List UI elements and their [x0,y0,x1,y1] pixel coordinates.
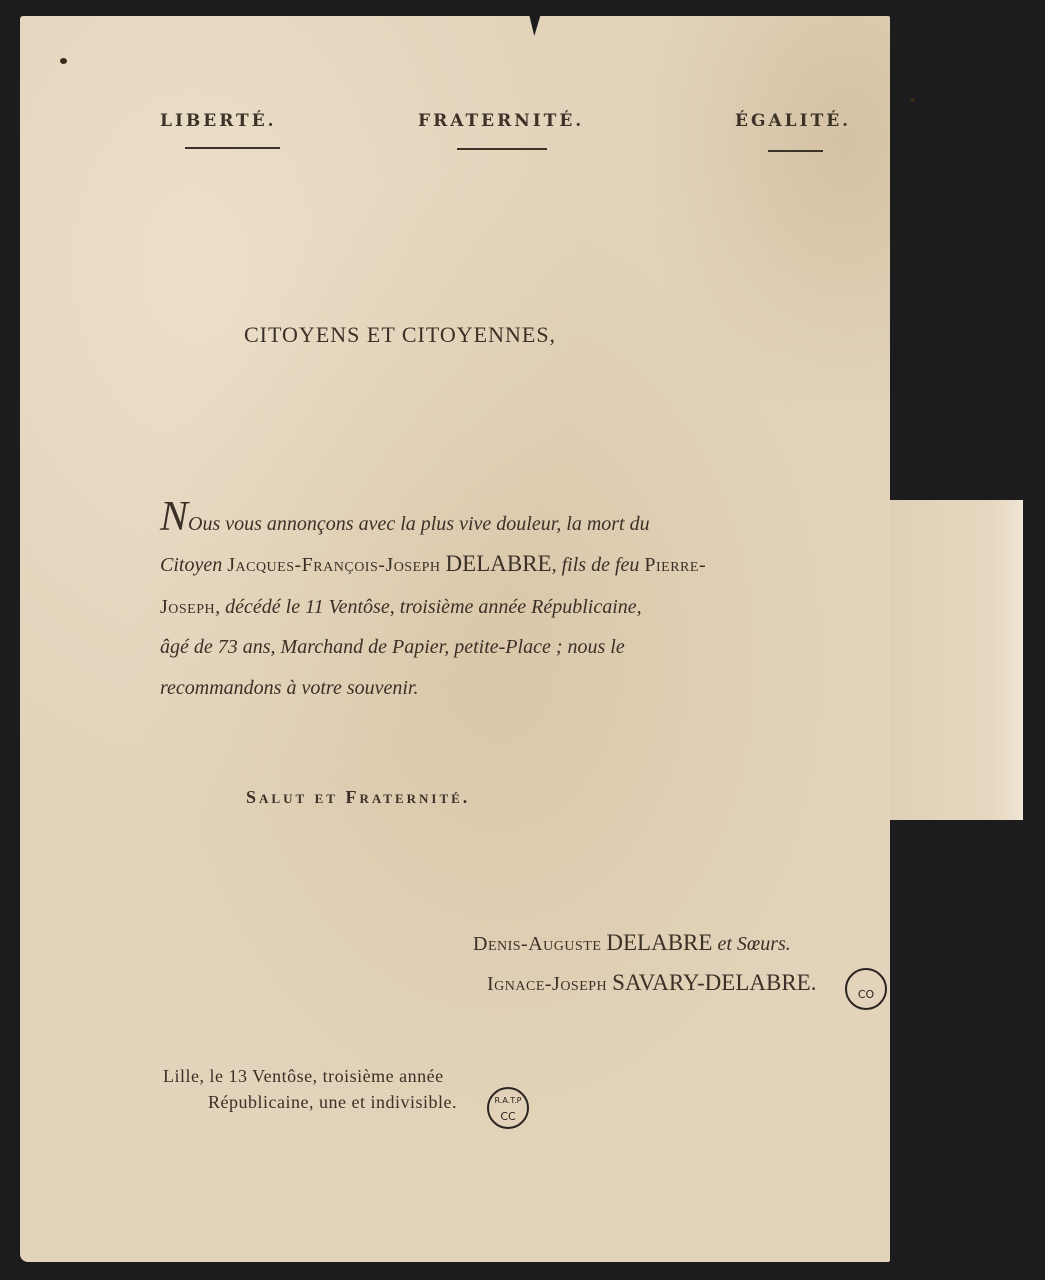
signatory-given: Ignace-Joseph [487,973,607,995]
signatory-surname: SAVARY-DELABRE. [612,970,816,995]
drop-cap: N [160,494,188,540]
stamp-top-text: R.A.T.P [489,1093,527,1109]
signatory-2: Ignace-Joseph SAVARY-DELABRE. [487,970,816,996]
deceased-surname: DELABRE [446,551,552,576]
motto-liberte: LIBERTÉ. [160,111,277,131]
announcement-line-4: âgé de 73 ans, Marchand de Papier, petit… [160,636,625,659]
announcement-line-5: recommandons à votre souvenir. [160,677,418,700]
salutation: CITOYENS ET CITOYENNES, [244,322,556,348]
motto-fraternite: FRATERNITÉ. [418,111,584,131]
paper-hole [910,98,915,102]
closing: Salut et Fraternité. [246,787,470,808]
line-text: , fils de feu [552,554,640,576]
citoyen-label: Citoyen [160,554,222,576]
father-name-cont: Joseph [160,596,215,618]
paper-hole [60,58,67,64]
signatory-suffix: et Sœurs. [717,933,790,955]
dateline-1: Lille, le 13 Ventôse, troisième année [163,1066,444,1087]
signatory-given: Denis-Auguste [473,933,601,955]
motto-rule [457,148,547,150]
announcement-line-2: Citoyen Jacques-François-Joseph DELABRE,… [160,551,706,577]
signatory-1: Denis-Auguste DELABRE et Sœurs. [473,930,791,956]
line-text: , décédé le 11 Ventôse, troisième année … [215,596,642,618]
motto-rule [768,150,823,152]
paper-edge-flap [880,500,1023,820]
stamp-bottom-text: CC [489,1109,527,1125]
signatory-surname: DELABRE [606,930,712,955]
ink-stamp: R.A.T.P CC [487,1087,529,1129]
line-text: Ous vous annonçons avec la plus vive dou… [188,513,650,535]
ink-stamp: CO [845,968,887,1010]
announcement-line-1: NOus vous annonçons avec la plus vive do… [160,496,650,538]
father-name: Pierre- [644,554,706,576]
motto-egalite: ÉGALITÉ. [735,111,851,131]
motto-rule [185,147,280,149]
dateline-2: Républicaine, une et indivisible. [208,1092,457,1113]
deceased-given-names: Jacques-François-Joseph [227,554,440,576]
announcement-line-3: Joseph, décédé le 11 Ventôse, troisième … [160,596,642,619]
